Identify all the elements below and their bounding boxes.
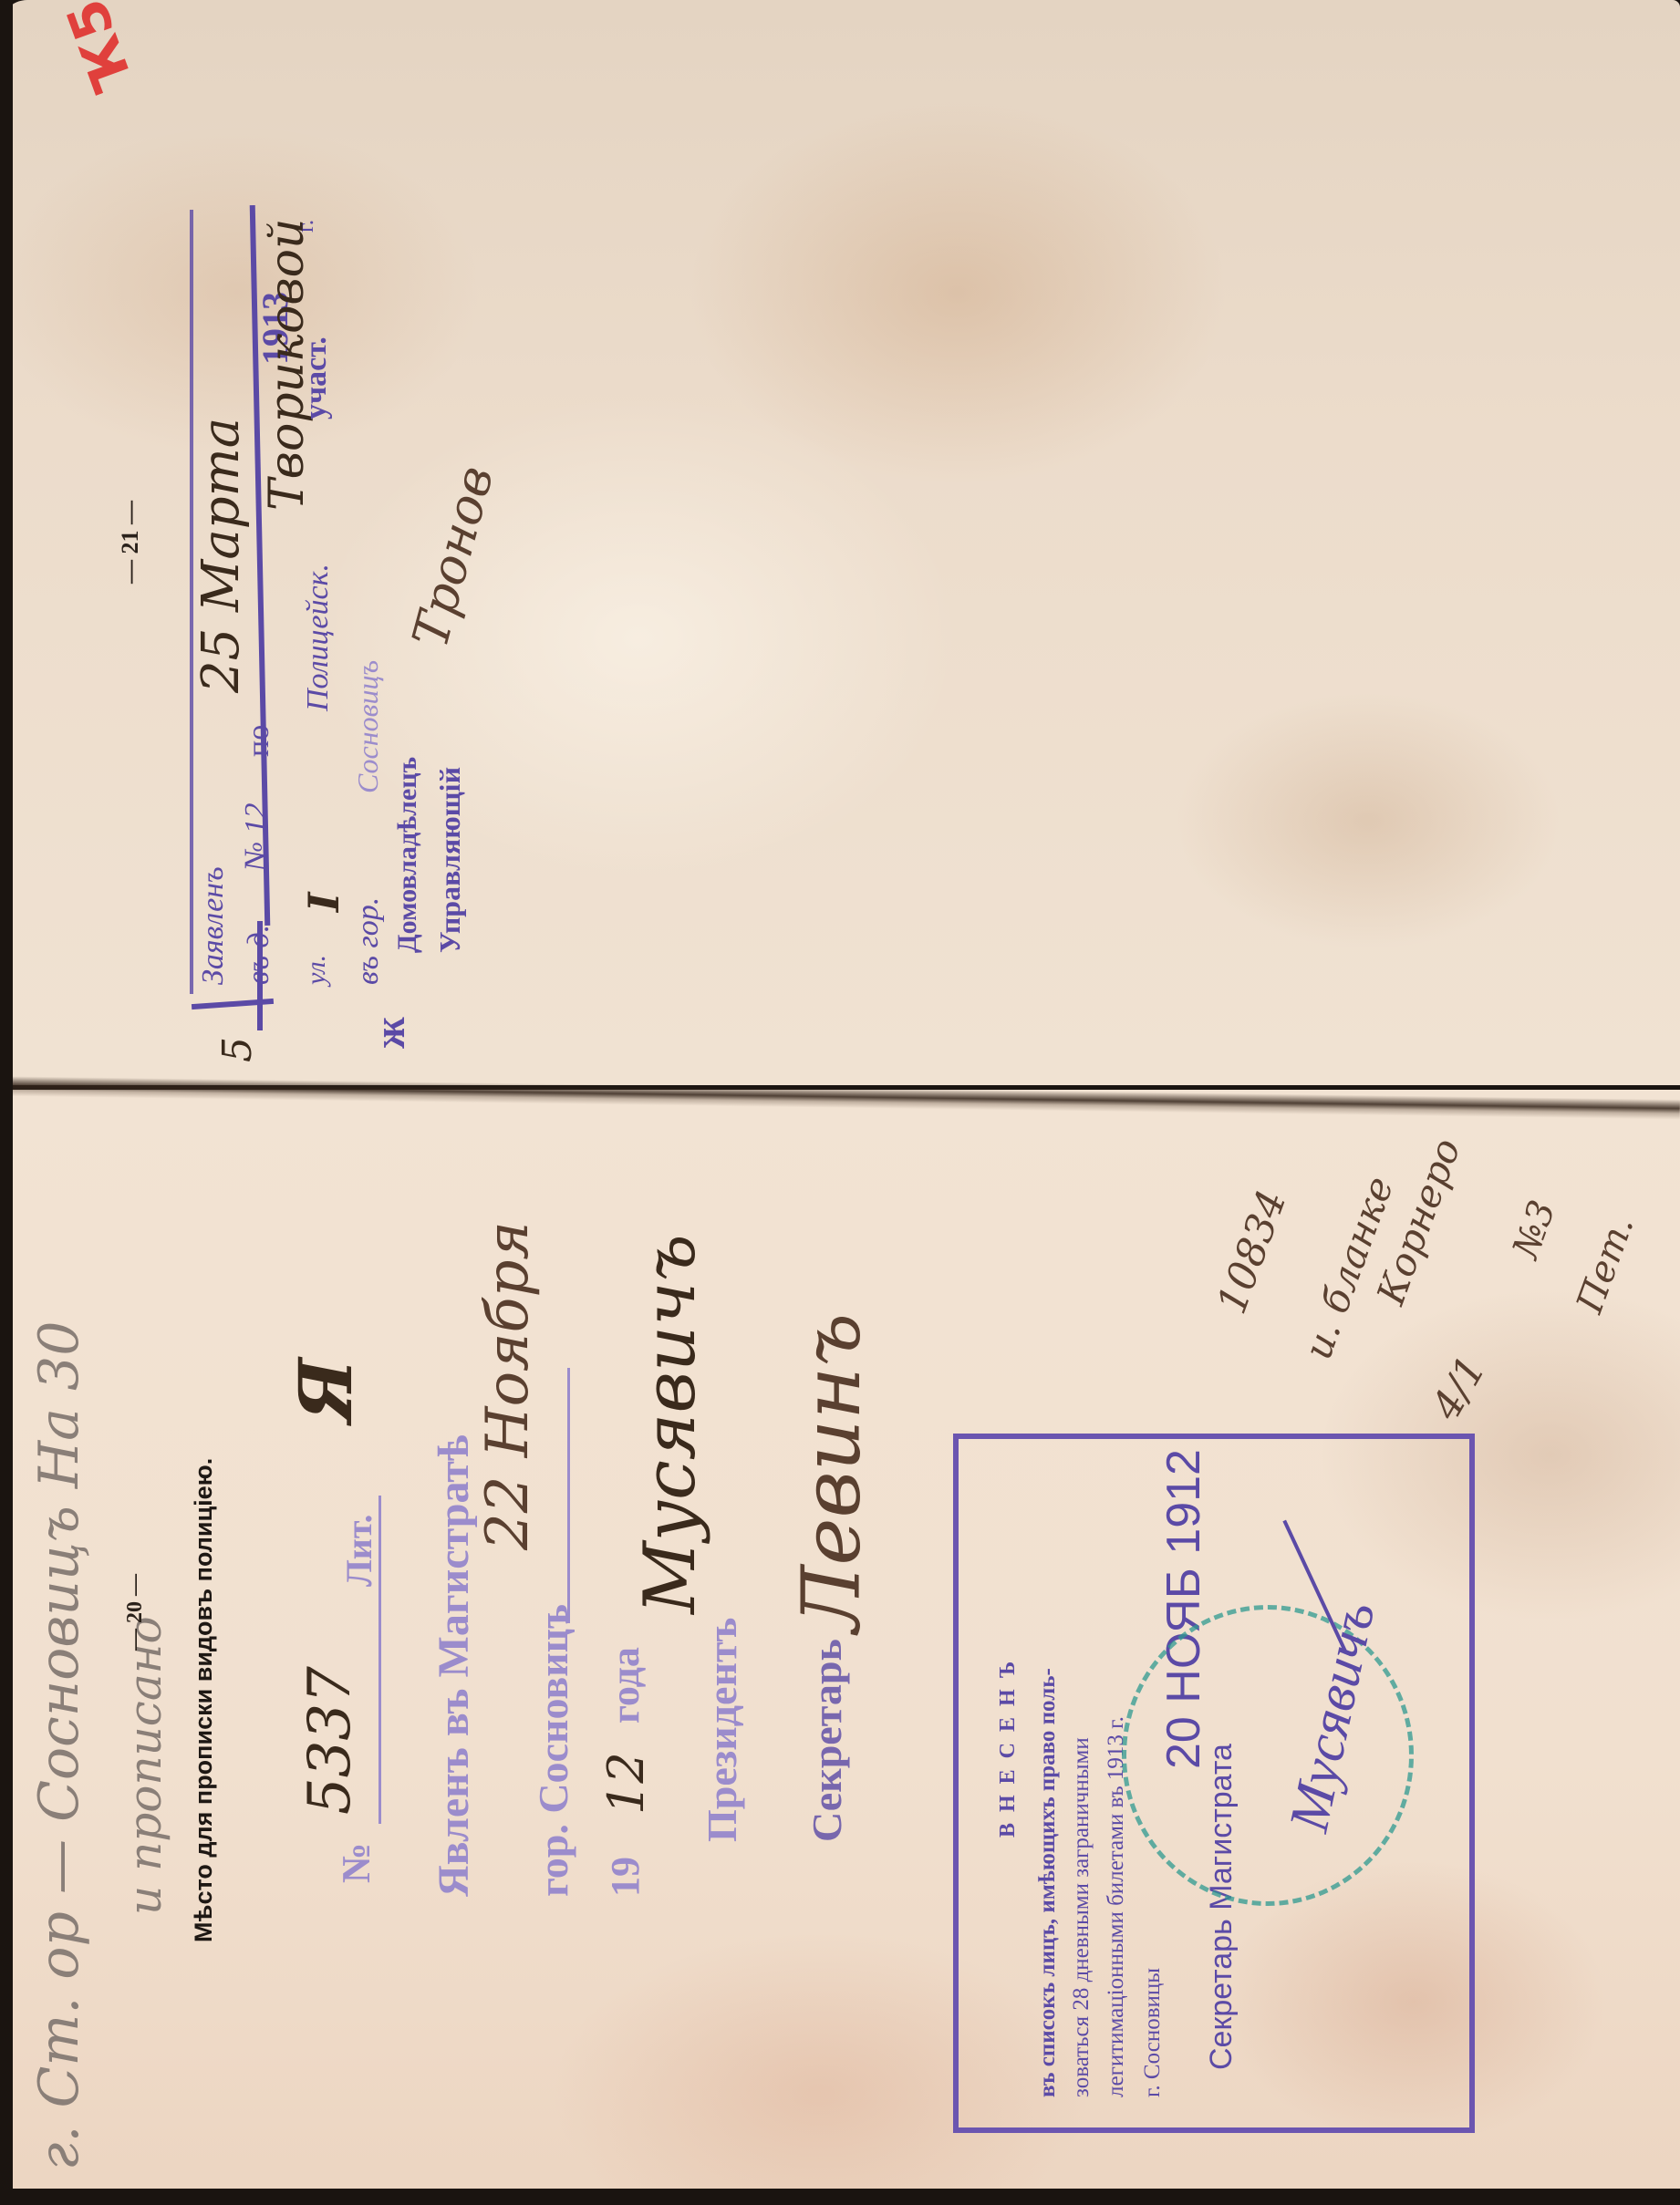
secretary-signature: Левинъ (784, 1313, 878, 1632)
year-handwritten: 12 (597, 1752, 655, 1815)
boxed-stamp-line-4: г. Сосновицы (1140, 1968, 1166, 2097)
street-label: ул. (301, 955, 332, 985)
scan-edge-left (0, 0, 13, 2205)
lit-letter: Я (283, 1358, 368, 1423)
registry-number: 5337 (296, 1666, 364, 1815)
page-21 (0, 0, 1680, 1085)
house-number: № 12 (239, 802, 274, 871)
precinct-number: I (299, 892, 348, 912)
manager-label: Управляющій (433, 767, 467, 953)
precinct-label: участ. (299, 336, 334, 419)
stamp-ink-blot: ж (365, 1017, 415, 1049)
margin-number: 5 (214, 1037, 261, 1062)
lit-label: Лит. (337, 1515, 380, 1588)
year-prefix: 19 (602, 1857, 648, 1897)
boxed-stamp-line-1: въ списокъ лицъ, имѣющихъ право поль- (1035, 1668, 1061, 2097)
appeared-magistrate: Явленъ въ Магистратѣ (429, 1434, 479, 1897)
police-label: Полицейск. (301, 564, 336, 711)
page-heading: Мѣсто для прописки видовъ полиціею. (190, 1458, 218, 1942)
registration-line-1: Заявленъ (196, 866, 231, 985)
declared-label: Заявленъ (196, 866, 230, 985)
declared-date: 25 Марта (192, 418, 251, 693)
po-label: по (242, 725, 276, 757)
boxed-stamp-title: ВНЕСЕНЪ (996, 1651, 1021, 1837)
pencil-note-line-2: и прописано (119, 1616, 171, 1915)
page-number-20: — 20 — (123, 1574, 148, 1651)
house-label: въ д. (242, 925, 276, 985)
president-signature: Мусявичъ (629, 1234, 711, 1614)
city-stamp: Сосновицъ (351, 660, 385, 793)
appeared-date: 22 Ноября (474, 1221, 542, 1550)
city-label: въ гор. (351, 897, 386, 985)
pencil-note-line-1: г. Ст. ор — Сосновицъ На 30 (27, 1321, 91, 2170)
page-number-21: — 21 — (117, 501, 144, 584)
year-suffix-label: года (602, 1647, 648, 1724)
boxed-stamp-line-2: зоваться 28 дневными заграничными (1069, 1737, 1094, 2097)
homeowner-label: Домовладѣлецъ (392, 757, 423, 953)
president-label: Президентъ (698, 1618, 746, 1842)
secretary-label: Секретарь (803, 1639, 851, 1842)
registry-number-label: № (333, 1843, 379, 1883)
appeared-underline (567, 1368, 570, 1623)
city-line: гор. Сосновицъ (529, 1604, 577, 1897)
scan-edge-bottom (0, 2189, 1680, 2205)
